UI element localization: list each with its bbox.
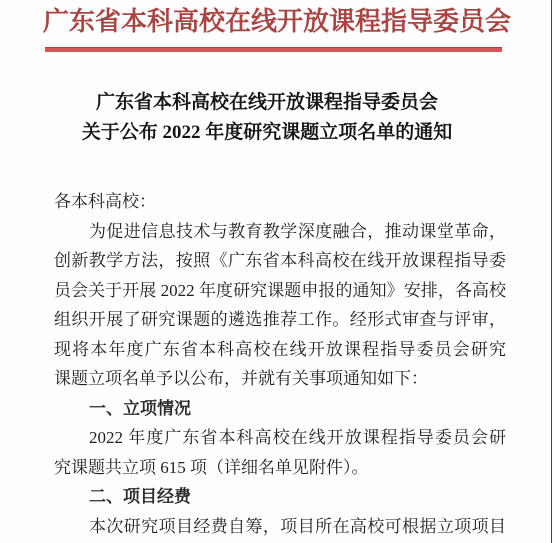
body-line: 为促进信息技术与教育教学深度融合，推动课堂革命， [54, 217, 506, 247]
body-line: 2022 年度广东省本科高校在线开放课程指导委员会研 [54, 423, 506, 453]
section-2-heading: 二、项目经费 [54, 482, 506, 512]
page-right-edge-line [551, 0, 553, 543]
salutation: 各本科高校： [54, 187, 506, 217]
document-title-line2: 关于公布 2022 年度研究课题立项名单的通知 [50, 118, 484, 148]
document-title-line1: 广东省本科高校在线开放课程指导委员会 [50, 88, 484, 118]
letterhead-rule [45, 47, 502, 52]
section-1-heading: 一、立项情况 [54, 394, 506, 424]
body-line: 创新教学方法，按照《广东省本科高校在线开放课程指导委 [54, 246, 506, 276]
document-page: 广东省本科高校在线开放课程指导委员会 广东省本科高校在线开放课程指导委员会 关于… [0, 0, 554, 543]
document-title: 广东省本科高校在线开放课程指导委员会 关于公布 2022 年度研究课题立项名单的… [0, 88, 554, 148]
letterhead-org-name: 广东省本科高校在线开放课程指导委员会 [0, 0, 554, 39]
body-line: 课题立项名单予以公布，并就有关事项通知如下： [54, 364, 506, 394]
body-line: 本次研究项目经费自筹，项目所在高校可根据立项项目 [54, 512, 506, 542]
body-line: 员会关于开展 2022 年度研究课题申报的通知》安排，各高校 [54, 276, 506, 306]
document-body: 各本科高校： 为促进信息技术与教育教学深度融合，推动课堂革命， 创新教学方法，按… [0, 187, 554, 541]
body-line: 究课题共立项 615 项（详细名单见附件）。 [54, 453, 506, 483]
body-line: 现将本年度广东省本科高校在线开放课程指导委员会研究 [54, 335, 506, 365]
body-line: 组织开展了研究课题的遴选推荐工作。经形式审查与评审， [54, 305, 506, 335]
